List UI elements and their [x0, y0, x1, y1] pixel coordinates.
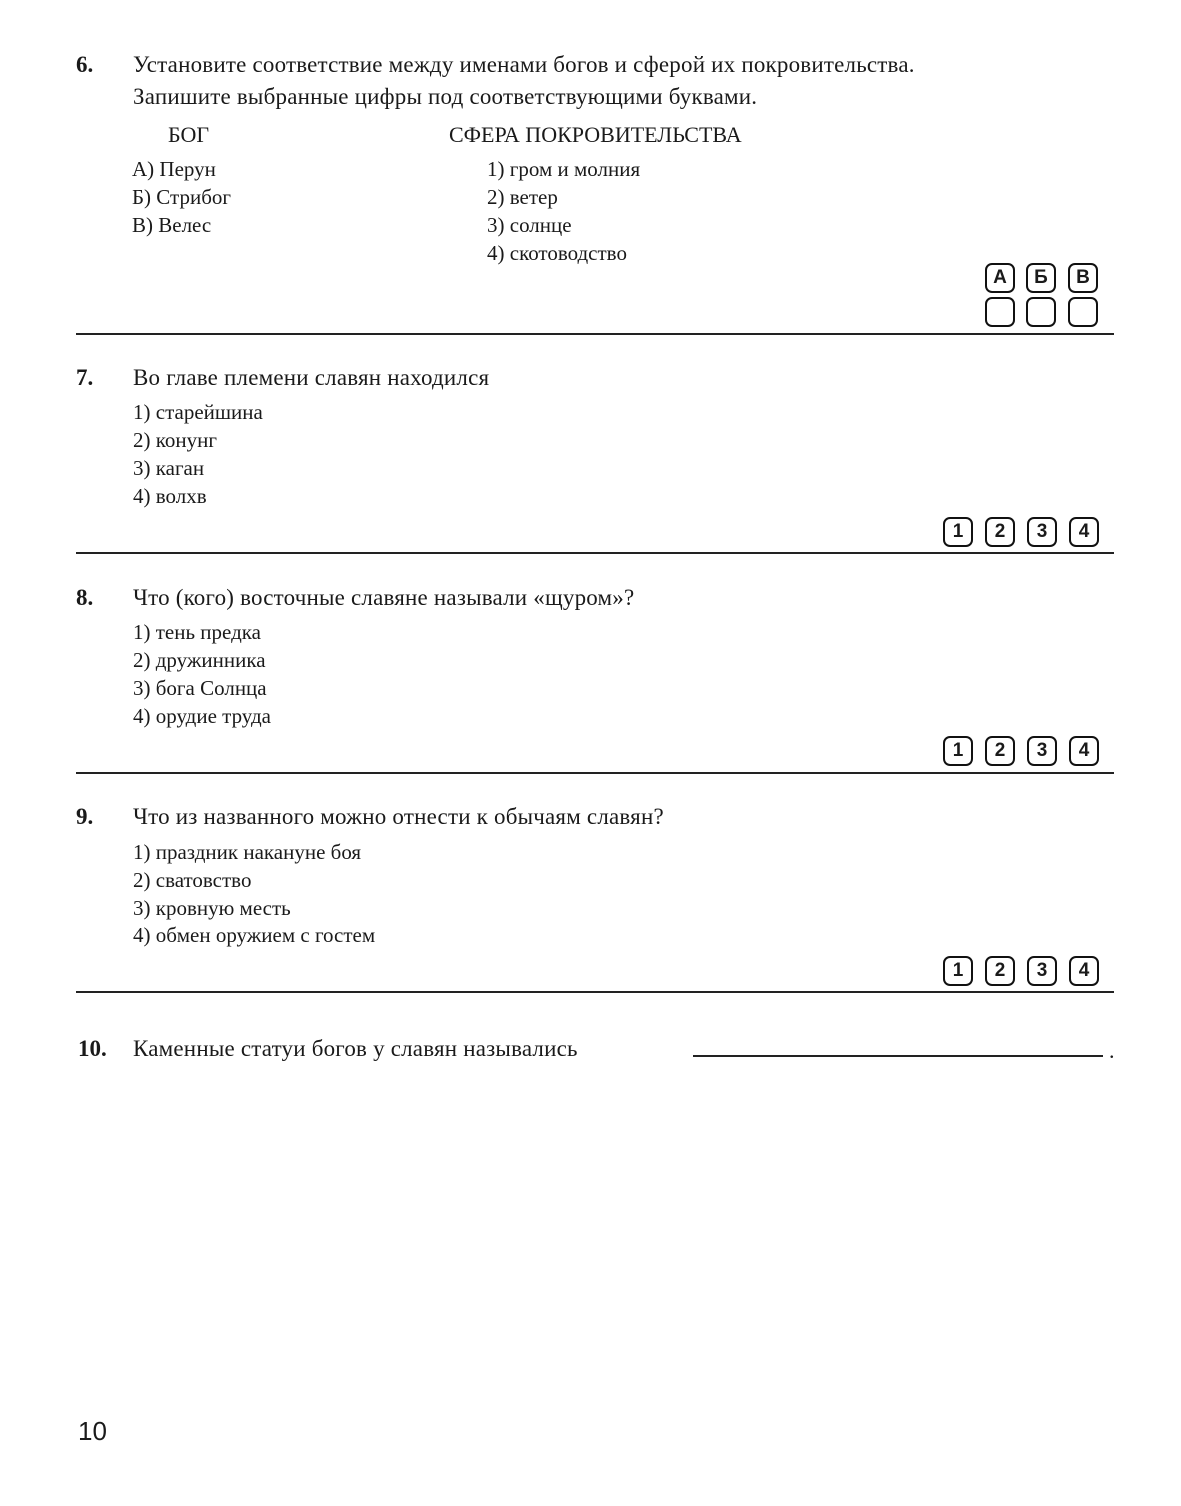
divider: [76, 552, 1114, 554]
end-punctuation: .: [1109, 1038, 1115, 1064]
question-number: 8.: [76, 585, 93, 611]
question-text: Во главе племени славян находился: [133, 365, 489, 391]
question-text: Что из названного можно отнести к обычая…: [133, 804, 664, 830]
answer-box-4[interactable]: 4: [1069, 736, 1099, 766]
left-item: Б) Стрибог: [132, 185, 231, 210]
question-number: 10.: [78, 1036, 107, 1062]
answer-box-2[interactable]: 2: [985, 736, 1015, 766]
option: 3) каган: [133, 456, 204, 481]
option: 2) конунг: [133, 428, 217, 453]
left-item: В) Велес: [132, 213, 211, 238]
answer-box-4[interactable]: 4: [1069, 517, 1099, 547]
option: 2) дружинника: [133, 648, 266, 673]
answer-box-2[interactable]: 2: [985, 956, 1015, 986]
divider: [76, 333, 1114, 335]
page-number: 10: [78, 1416, 107, 1447]
answer-box-3[interactable]: 3: [1027, 956, 1057, 986]
answer-box-3[interactable]: 3: [1027, 736, 1057, 766]
question-text: Что (кого) восточные славяне называли «щ…: [133, 585, 634, 611]
answer-box-3[interactable]: 3: [1027, 517, 1057, 547]
question-text-line2: Запишите выбранные цифры под соответству…: [133, 84, 757, 110]
left-item: А) Перун: [132, 157, 216, 182]
question-number: 7.: [76, 365, 93, 391]
right-item: 2) ветер: [487, 185, 558, 210]
divider: [76, 991, 1114, 993]
answer-label-v: В: [1068, 263, 1098, 293]
divider: [76, 772, 1114, 774]
answer-box-2[interactable]: 2: [985, 517, 1015, 547]
right-item: 4) скотоводство: [487, 241, 627, 266]
right-item: 1) гром и молния: [487, 157, 640, 182]
option: 3) кровную месть: [133, 896, 291, 921]
answer-label-a: А: [985, 263, 1015, 293]
question-text: Установите соответствие между именами бо…: [133, 52, 915, 78]
answer-blank-line[interactable]: [693, 1055, 1103, 1057]
answer-box-1[interactable]: 1: [943, 956, 973, 986]
answer-box-1[interactable]: 1: [943, 517, 973, 547]
column-header-god: БОГ: [168, 122, 209, 148]
column-header-sphere: СФЕРА ПОКРОВИТЕЛЬСТВА: [449, 122, 742, 148]
question-text: Каменные статуи богов у славян называлис…: [133, 1036, 578, 1062]
answer-box-4[interactable]: 4: [1069, 956, 1099, 986]
answer-input-b[interactable]: [1026, 297, 1056, 327]
question-number: 6.: [76, 52, 93, 78]
option: 4) орудие труда: [133, 704, 271, 729]
option: 1) старейшина: [133, 400, 263, 425]
answer-label-b: Б: [1026, 263, 1056, 293]
option: 2) сватовство: [133, 868, 251, 893]
answer-input-a[interactable]: [985, 297, 1015, 327]
option: 1) тень предка: [133, 620, 261, 645]
answer-box-1[interactable]: 1: [943, 736, 973, 766]
option: 3) бога Солнца: [133, 676, 267, 701]
right-item: 3) солнце: [487, 213, 572, 238]
question-number: 9.: [76, 804, 93, 830]
option: 4) волхв: [133, 484, 207, 509]
answer-input-v[interactable]: [1068, 297, 1098, 327]
option: 4) обмен оружием с гостем: [133, 923, 375, 948]
option: 1) праздник накануне боя: [133, 840, 361, 865]
